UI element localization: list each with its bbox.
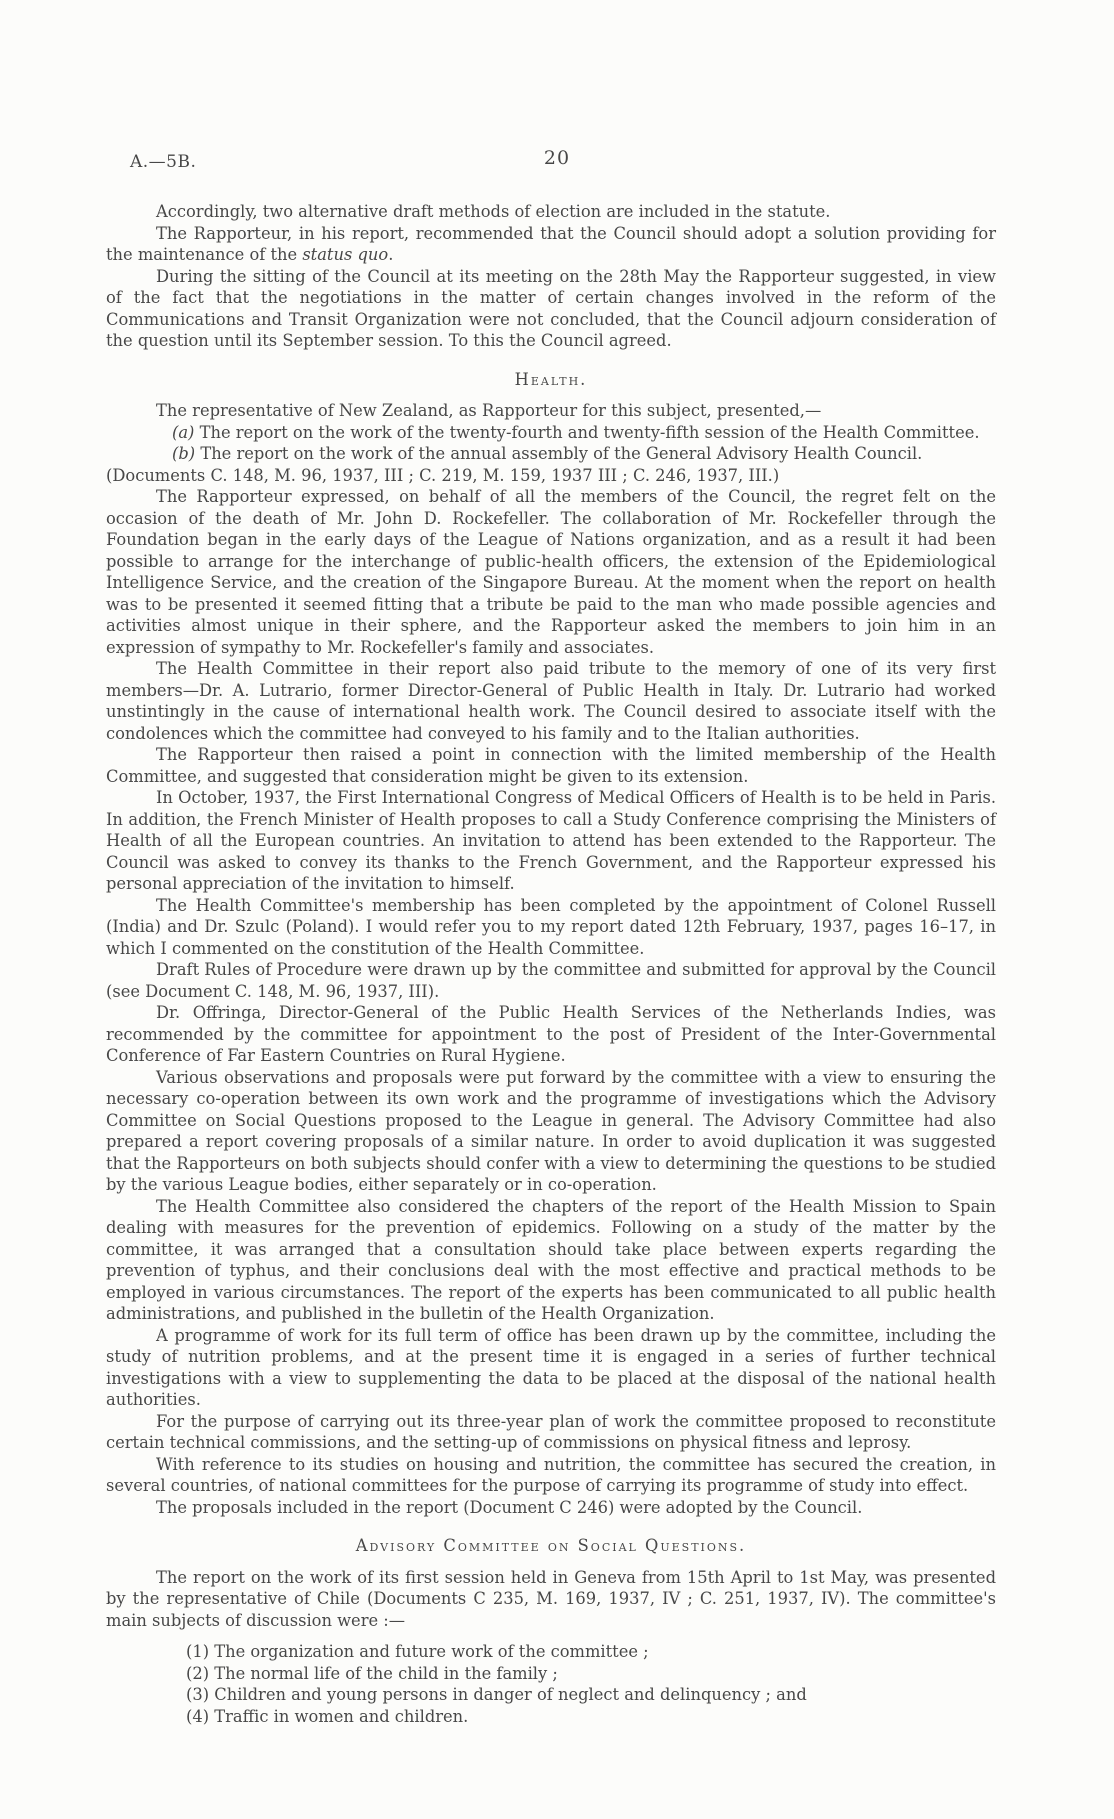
paragraph-text: The Rapporteur, in his report, recommend…	[106, 224, 996, 265]
paragraph: Draft Rules of Procedure were drawn up b…	[106, 959, 996, 1002]
paragraph: In October, 1937, the First Internationa…	[106, 787, 996, 895]
list-item-a: (a) The report on the work of the twenty…	[106, 422, 996, 444]
item-label: (b)	[172, 444, 195, 463]
paragraph: Dr. Offringa, Director-General of the Pu…	[106, 1002, 996, 1067]
latin-phrase: status quo	[302, 245, 388, 264]
paragraph: The Rapporteur, in his report, recommend…	[106, 223, 996, 266]
item-text: The normal life of the child in the fami…	[214, 1664, 558, 1683]
page-number: 20	[0, 147, 1114, 169]
paragraph: The Health Committee's membership has be…	[106, 895, 996, 960]
documents-reference-line: (Documents C. 148, M. 96, 1937, III ; C.…	[106, 465, 996, 487]
paragraph: The report on the work of its first sess…	[106, 1567, 996, 1632]
paragraph: The representative of New Zealand, as Ra…	[106, 400, 996, 422]
paragraph: The Health Committee also considered the…	[106, 1196, 996, 1325]
paragraph-text: .	[388, 245, 393, 264]
paragraph: The Health Committee in their report als…	[106, 658, 996, 744]
item-text: The report on the work of the annual ass…	[200, 444, 922, 463]
list-item-1: (1) The organization and future work of …	[106, 1641, 996, 1663]
item-label: (3)	[186, 1685, 209, 1704]
paragraph: A programme of work for its full term of…	[106, 1325, 996, 1411]
list-item-b: (b) The report on the work of the annual…	[106, 443, 996, 465]
paragraph: The Rapporteur then raised a point in co…	[106, 744, 996, 787]
item-text: Children and young persons in danger of …	[214, 1685, 807, 1704]
numbered-list: (1) The organization and future work of …	[106, 1641, 996, 1727]
paragraph: During the sitting of the Council at its…	[106, 266, 996, 352]
item-text: The organization and future work of the …	[214, 1642, 648, 1661]
item-text: The report on the work of the twenty-fou…	[200, 423, 980, 442]
document-content: Accordingly, two alternative draft metho…	[106, 201, 996, 1727]
item-text: Traffic in women and children.	[214, 1707, 468, 1726]
paragraph: With reference to its studies on housing…	[106, 1454, 996, 1497]
paragraph: Accordingly, two alternative draft metho…	[106, 201, 996, 223]
item-label: (2)	[186, 1664, 209, 1683]
item-label: (4)	[186, 1707, 209, 1726]
item-label: (a)	[172, 423, 194, 442]
item-label: (1)	[186, 1642, 209, 1661]
list-item-4: (4) Traffic in women and children.	[106, 1706, 996, 1728]
paragraph: Various observations and proposals were …	[106, 1067, 996, 1196]
list-item-3: (3) Children and young persons in danger…	[106, 1684, 996, 1706]
section-heading-health: Health.	[106, 369, 996, 391]
list-item-2: (2) The normal life of the child in the …	[106, 1663, 996, 1685]
document-page: A.—5B. 20 Accordingly, two alternative d…	[0, 0, 1114, 1819]
paragraph: The proposals included in the report (Do…	[106, 1497, 996, 1519]
section-heading-advisory-committee: Advisory Committee on Social Questions.	[106, 1535, 996, 1557]
paragraph: The Rapporteur expressed, on behalf of a…	[106, 486, 996, 658]
paragraph: For the purpose of carrying out its thre…	[106, 1411, 996, 1454]
